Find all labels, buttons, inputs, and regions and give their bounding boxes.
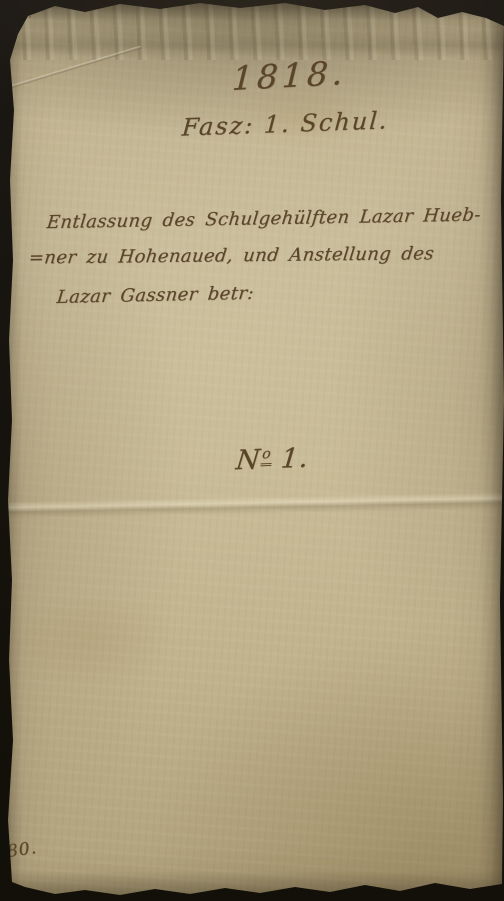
left-edge-shadow [0,0,22,901]
horizontal-fold-crease [0,492,504,519]
year-heading: 1818. [231,53,347,98]
bottom-edge-shadow [0,871,504,901]
numero-label: No1. [234,443,310,477]
numero-value: 1. [279,443,310,475]
archive-page-number: 80. [6,838,39,862]
corner-page-mark: 1. [18,2,36,22]
top-wrinkle-texture [0,0,504,60]
numero-superscript: o [260,446,274,466]
right-edge-shadow [480,0,504,901]
subject-paragraph: Entlassung des Schulgehülften Lazar Hueb… [28,208,502,319]
numero-letter: N [234,444,262,476]
subject-line-3: Lazar Gassner betr: [54,277,504,324]
document-page: 1. 1818. Fasz: 1. Schul. Entlassung des … [0,0,504,901]
corner-fold-crease [7,46,142,90]
photo-background: 1. 1818. Fasz: 1. Schul. Entlassung des … [0,0,504,901]
chapter-heading: Fasz: 1. Schul. [181,106,389,141]
